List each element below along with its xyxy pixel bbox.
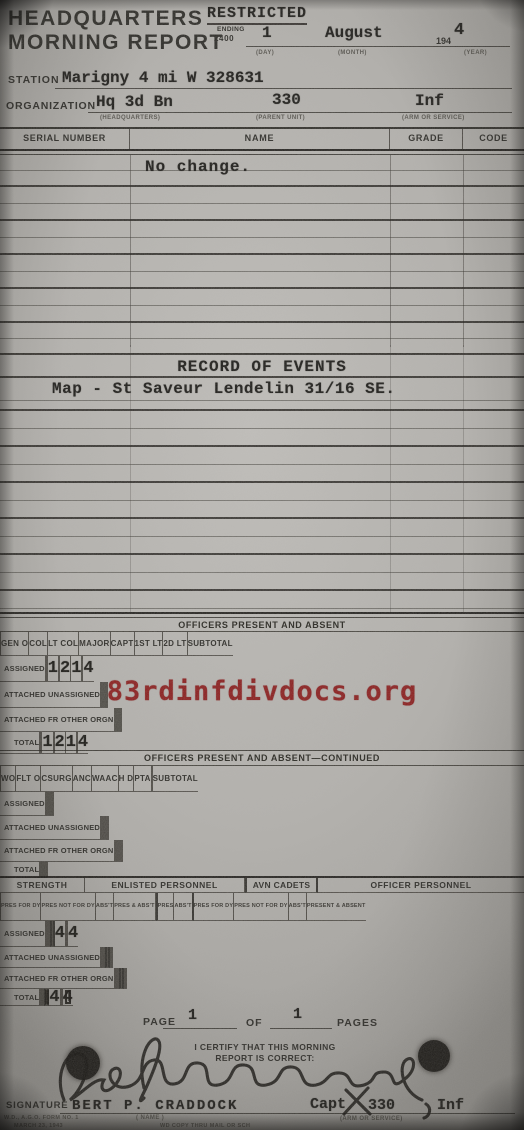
cell-value: 4 <box>68 921 78 947</box>
roster-table: SERIAL NUMBER NAME GRADE CODE No change. <box>0 127 524 345</box>
roster-col-code: CODE <box>463 129 524 149</box>
officers-table-title: OFFICERS PRESENT AND ABSENT <box>0 618 524 632</box>
group-avn-cadets: AVN CADETS <box>245 878 318 893</box>
officers-continued-title: OFFICERS PRESENT AND ABSENT—CONTINUED <box>0 750 524 766</box>
cell-value: 4 <box>55 921 66 947</box>
row-label: ATTACHED UNASSIGNED <box>0 816 101 840</box>
row-label: ATTACHED FR OTHER ORGN <box>0 840 115 862</box>
form-header: HEADQUARTERS MORNING REPORT RESTRICTED E… <box>0 0 524 127</box>
strength-table: STRENGTH ENLISTED PERSONNEL AVN CADETS O… <box>0 876 524 1006</box>
ruled-line <box>0 500 524 501</box>
continued-col-pta: PTA <box>134 766 151 792</box>
continued-col-waac: WAAC <box>92 766 119 792</box>
ending-time: 2400 <box>214 34 234 43</box>
organization-parent-unit: 330 <box>272 91 301 109</box>
page-label: PAGE <box>143 1016 176 1028</box>
parent-unit-sublabel: (PARENT UNIT) <box>256 115 305 121</box>
sub-off-presabs: PRESENT & ABSENT <box>307 893 366 921</box>
morning-report-document: HEADQUARTERS MORNING REPORT RESTRICTED E… <box>0 0 524 1130</box>
roster-body: No change. <box>0 155 524 347</box>
strength-row-assigned: ASSIGNED 4 4 <box>0 921 524 947</box>
officers-col-major: MAJOR <box>79 632 110 656</box>
roster-row <box>0 221 524 255</box>
cell-value-boxed: 4 <box>63 989 73 1006</box>
continued-col-hd: H D <box>119 766 135 792</box>
ruled-line <box>0 400 524 401</box>
station-underline <box>55 88 512 89</box>
cell <box>122 840 123 862</box>
form-title-line2: MORNING REPORT <box>8 31 224 55</box>
events-entry-row: Map - St Saveur Lendelin 31/16 SE. <box>0 378 524 411</box>
day-sublabel: (DAY) <box>256 50 274 56</box>
row-label: ATTACHED UNASSIGNED <box>0 947 101 968</box>
arm-sublabel: (ARM OR SERVICE) <box>402 115 465 121</box>
cell <box>112 947 113 968</box>
roster-col-grade: GRADE <box>390 129 463 149</box>
row-label: ASSIGNED <box>0 921 46 947</box>
strength-row-total: TOTAL 4 4 <box>0 989 524 1006</box>
events-blank-row <box>0 555 524 591</box>
continued-col-csurg: CSURG <box>41 766 72 792</box>
roster-col-name: NAME <box>130 129 390 149</box>
sub-avn-abst: ABS'T <box>174 893 193 921</box>
officers-col-2dlt: 2D LT <box>163 632 187 656</box>
date-year-printed: 194 <box>436 36 451 46</box>
organization-label: ORGANIZATION <box>6 100 96 112</box>
row-label: ATTACHED FR OTHER ORGN <box>0 968 115 989</box>
events-blank-row <box>0 447 524 483</box>
events-blank-row <box>0 411 524 447</box>
ruled-line <box>0 572 524 573</box>
officers-col-capt: CAPT <box>111 632 135 656</box>
sub-off-presdy: PRES FOR DY <box>194 893 234 921</box>
cell <box>53 792 54 816</box>
ruled-line <box>0 170 524 171</box>
officers-col-1stlt: 1ST LT <box>135 632 164 656</box>
organization-arm: Inf <box>415 92 444 110</box>
group-officer: OFFICER PERSONNEL <box>318 878 524 893</box>
handwritten-signature <box>48 1028 452 1124</box>
ruled-line <box>0 428 524 429</box>
officers-col-col: COL <box>29 632 48 656</box>
organization-headquarters: Hq 3d Bn <box>96 93 173 111</box>
continued-row-attached-unassigned: ATTACHED UNASSIGNED <box>0 816 524 840</box>
record-of-events-section: RECORD OF EVENTS Map - St Saveur Lendeli… <box>0 345 524 612</box>
continued-row-assigned: ASSIGNED <box>0 792 524 816</box>
group-enlisted: ENLISTED PERSONNEL <box>85 878 245 893</box>
continued-col-subtotal: SUBTOTAL <box>153 766 198 792</box>
sub-enl-presdy: PRES FOR DY <box>1 893 41 921</box>
strength-group-row: STRENGTH ENLISTED PERSONNEL AVN CADETS O… <box>0 876 524 893</box>
sub-enl-presabst: PRES & ABS'T <box>114 893 155 921</box>
officers-col-geno: GEN O <box>1 632 29 656</box>
ruled-line <box>0 271 524 272</box>
officers-col-subtotal: SUBTOTAL <box>188 632 233 656</box>
roster-header-row: SERIAL NUMBER NAME GRADE CODE <box>0 127 524 149</box>
organization-underline <box>88 112 512 113</box>
date-year-written: 4 <box>454 21 464 40</box>
sub-enl-presnot: PRES NOT FOR DY <box>41 893 95 921</box>
row-label: ATTACHED FR OTHER ORGN <box>0 708 115 732</box>
page-number: 1 <box>188 1007 197 1024</box>
classification-stamp: RESTRICTED <box>207 5 307 25</box>
roster-row: No change. <box>0 155 524 187</box>
ruled-line <box>0 536 524 537</box>
roster-row <box>0 255 524 289</box>
sub-avn-pres: PRES <box>156 893 175 921</box>
officers-row-attached-fr: ATTACHED FR OTHER ORGN <box>0 708 524 732</box>
ruled-line <box>0 338 524 339</box>
emphasis-box <box>65 990 71 1004</box>
ruled-line <box>0 203 524 204</box>
form-title-line1: HEADQUARTERS <box>8 7 203 31</box>
roster-row <box>0 289 524 323</box>
pages-count: 1 <box>293 1006 302 1023</box>
cell <box>108 816 109 840</box>
ruled-line <box>0 305 524 306</box>
ending-label: ENDING <box>217 26 245 33</box>
ruled-line <box>0 464 524 465</box>
cell-value: 4 <box>49 989 60 1006</box>
strength-row-attached-unassigned: ATTACHED UNASSIGNED <box>0 947 524 968</box>
continued-col-wo: WO <box>1 766 16 792</box>
date-underline <box>246 46 510 47</box>
events-title-row: RECORD OF EVENTS <box>0 345 524 378</box>
events-title: RECORD OF EVENTS <box>0 358 524 376</box>
form-footer: PAGE 1 OF 1 PAGES I CERTIFY THAT THIS MO… <box>0 1006 524 1130</box>
strength-subheader-row: PRES FOR DY PRES NOT FOR DY ABS'T PRES &… <box>0 893 524 921</box>
officers-header-row: GEN O COL LT COL MAJOR CAPT 1ST LT 2D LT… <box>0 632 524 656</box>
continued-header-row: WO FLT O CSURG ANC WAAC H D PTA SUBTOTAL <box>0 766 524 792</box>
roster-col-serial: SERIAL NUMBER <box>0 129 130 149</box>
date-day: 1 <box>262 24 272 42</box>
continued-col-anc: ANC <box>73 766 92 792</box>
continued-row-attached-fr: ATTACHED FR OTHER ORGN <box>0 840 524 862</box>
year-sublabel: (YEAR) <box>464 50 487 56</box>
sub-off-abst: ABS'T <box>289 893 307 921</box>
officers-col-ltcol: LT COL <box>48 632 79 656</box>
row-label: ASSIGNED <box>0 792 46 816</box>
watermark: 83rdinfdivdocs.org <box>0 676 524 707</box>
headquarters-sublabel: (HEADQUARTERS) <box>100 115 160 121</box>
roster-entry: No change. <box>145 158 251 176</box>
month-sublabel: (MONTH) <box>338 50 367 56</box>
continued-col-flto: FLT O <box>16 766 41 792</box>
cell <box>121 708 122 732</box>
strength-label: STRENGTH <box>0 878 85 893</box>
sub-enl-abst: ABS'T <box>96 893 114 921</box>
events-blank-row <box>0 483 524 519</box>
ruled-line <box>0 353 524 354</box>
ruled-line <box>0 237 524 238</box>
officers-continued-table: OFFICERS PRESENT AND ABSENT—CONTINUED WO… <box>0 750 524 876</box>
roster-row <box>0 187 524 221</box>
station-value: Marigny 4 mi W 328631 <box>62 69 264 87</box>
strength-row-attached-fr: ATTACHED FR OTHER ORGN <box>0 968 524 989</box>
row-label: TOTAL <box>0 989 40 1006</box>
sub-off-presnot: PRES NOT FOR DY <box>234 893 288 921</box>
date-month: August <box>325 24 383 42</box>
events-entry: Map - St Saveur Lendelin 31/16 SE. <box>52 380 395 398</box>
ruled-line <box>0 608 524 609</box>
events-blank-row <box>0 519 524 555</box>
station-label: STATION <box>8 74 60 86</box>
cell <box>126 968 127 989</box>
